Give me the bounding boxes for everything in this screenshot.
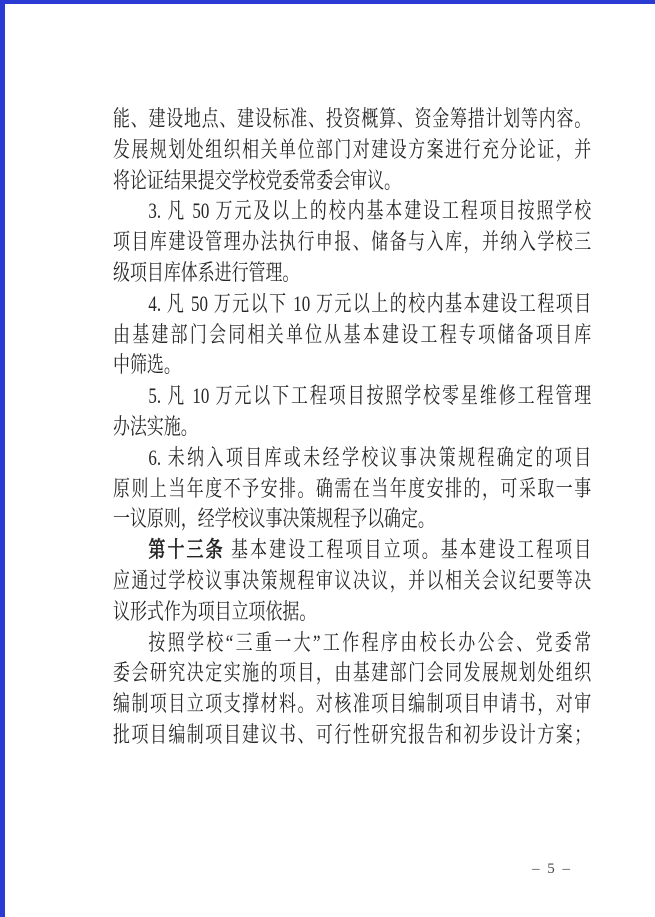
scan-edge-top — [0, 0, 655, 4]
text-line: 应通过学校议事决策规程审议决议，并以相关会议纪要等决 — [113, 566, 591, 597]
text-line: 议形式作为项目立项依据。 — [113, 597, 591, 628]
text-run: 委会研究决定实施的项目，由基建部门会同发展规划处组织 — [113, 660, 591, 685]
text-run: 应通过学校议事决策规程审议决议，并以相关会议纪要等决 — [113, 568, 591, 593]
text-line: 4. 凡 50 万元以下 10 万元以上的校内基本建设工程项目 — [113, 289, 591, 320]
text-run: 按照学校“三重一大”工作程序由校长办公会、党委常 — [148, 630, 591, 655]
text-run: 中筛选。 — [113, 352, 181, 377]
text-line: 一议原则，经学校议事决策规程予以确定。 — [113, 504, 591, 535]
text-line: 6. 未纳入项目库或未经学校议事决策规程确定的项目 — [113, 443, 591, 474]
text-run: 批项目编制项目建议书、可行性研究报告和初步设计方案； — [113, 722, 591, 747]
text-run: 基本建设工程项目立项。基本建设工程项目 — [225, 537, 591, 562]
text-run: 编制项目立项支撑材料。对核准项目编制项目申请书，对审 — [113, 691, 591, 716]
text-block: 能、建设地点、建设标准、投资概算、资金筹措计划等内容。发展规划处组织相关单位部门… — [113, 104, 591, 751]
text-run: 级项目库体系进行管理。 — [113, 260, 299, 285]
text-line: 第十三条 基本建设工程项目立项。基本建设工程项目 — [113, 535, 591, 566]
text-run: 办法实施。 — [113, 414, 198, 439]
text-run: 原则上当年度不予安排。确需在当年度安排的，可采取一事 — [113, 476, 591, 501]
text-line: 项目库建设管理办法执行申报、储备与入库，并纳入学校三 — [113, 227, 591, 258]
text-line: 级项目库体系进行管理。 — [113, 258, 591, 289]
text-line: 将论证结果提交学校党委常委会审议。 — [113, 166, 591, 197]
page-number: – 5 – — [532, 861, 572, 878]
text-run: 5. 凡 10 万元以下工程项目按照学校零星维修工程管理 — [148, 383, 591, 408]
text-line: 原则上当年度不予安排。确需在当年度安排的，可采取一事 — [113, 474, 591, 505]
text-line: 委会研究决定实施的项目，由基建部门会同发展规划处组织 — [113, 658, 591, 689]
text-line: 发展规划处组织相关单位部门对建设方案进行充分论证，并 — [113, 135, 591, 166]
text-run: 将论证结果提交学校党委常委会审议。 — [113, 168, 401, 193]
text-line: 编制项目立项支撑材料。对核准项目编制项目申请书，对审 — [113, 689, 591, 720]
bold-text-run: 第十三条 — [148, 537, 224, 562]
text-run: 项目库建设管理办法执行申报、储备与入库，并纳入学校三 — [113, 229, 591, 254]
text-line: 5. 凡 10 万元以下工程项目按照学校零星维修工程管理 — [113, 381, 591, 412]
text-run: 4. 凡 50 万元以下 10 万元以上的校内基本建设工程项目 — [148, 291, 591, 316]
text-run: 发展规划处组织相关单位部门对建设方案进行充分论证，并 — [113, 137, 591, 162]
text-line: 批项目编制项目建议书、可行性研究报告和初步设计方案； — [113, 720, 591, 751]
text-run: 由基建部门会同相关单位从基本建设工程专项储备项目库 — [113, 322, 591, 347]
document-page: 能、建设地点、建设标准、投资概算、资金筹措计划等内容。发展规划处组织相关单位部门… — [0, 0, 655, 917]
text-line: 3. 凡 50 万元及以上的校内基本建设工程项目按照学校 — [113, 196, 591, 227]
text-line: 由基建部门会同相关单位从基本建设工程专项储备项目库 — [113, 320, 591, 351]
text-line: 办法实施。 — [113, 412, 591, 443]
scan-edge-left — [0, 0, 5, 917]
text-line: 能、建设地点、建设标准、投资概算、资金筹措计划等内容。 — [113, 104, 591, 135]
text-run: 3. 凡 50 万元及以上的校内基本建设工程项目按照学校 — [148, 198, 591, 223]
text-run: 6. 未纳入项目库或未经学校议事决策规程确定的项目 — [148, 445, 591, 470]
text-line: 中筛选。 — [113, 350, 591, 381]
text-run: 议形式作为项目立项依据。 — [113, 599, 316, 624]
text-line: 按照学校“三重一大”工作程序由校长办公会、党委常 — [113, 628, 591, 659]
text-run: 一议原则，经学校议事决策规程予以确定。 — [113, 506, 435, 531]
text-run: 能、建设地点、建设标准、投资概算、资金筹措计划等内容。 — [113, 106, 591, 131]
